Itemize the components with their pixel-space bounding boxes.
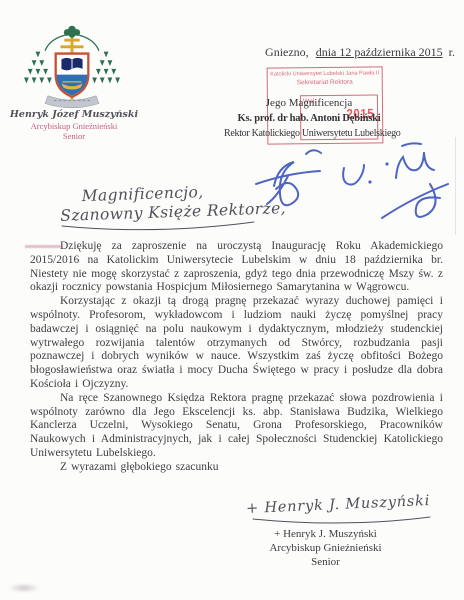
stamp-office: Sekretariat Rektora [268, 78, 382, 86]
closing-line: Z wyrazami głębokiego szacunku [30, 461, 443, 475]
letter-body: Dziękuję za zaproszenie na uroczystą Ina… [30, 240, 443, 475]
galero-icon [64, 26, 80, 38]
scanned-letter-page: Henryk Józef Muszyński Arcybiskup Gnieźn… [0, 0, 464, 600]
dateline-date: dnia 12 października 2015 [316, 45, 443, 59]
signature-flourish-icon [250, 514, 435, 526]
addressee-honorific: Jego Magnificencja [224, 97, 394, 109]
sender-block: Henryk Józef Muszyński Arcybiskup Gnieźn… [8, 109, 140, 141]
signature-block: + Henryk J. Muszyński Arcybiskup Gnieźni… [238, 527, 413, 569]
body-paragraph-1: Dziękuję za zaproszenie na uroczystą Ina… [30, 240, 443, 295]
signature-name: + Henryk J. Muszyński [238, 527, 413, 541]
signature-title: Arcybiskup Gnieźnieński [238, 541, 413, 555]
shield-icon [56, 54, 89, 97]
coat-of-arms-icon [24, 24, 120, 110]
dateline-suffix: r. [449, 45, 455, 59]
stamp-university: Katolicki Uniwersytet Lubelski Jana Pawł… [268, 70, 382, 77]
dateline-place: Gniezno, [265, 45, 309, 59]
salutation-flourish-icon [56, 219, 261, 233]
scan-artifact-smudge [8, 583, 40, 593]
sender-name: Henryk Józef Muszyński [8, 109, 140, 121]
signature-rank: Senior [238, 555, 413, 569]
body-paragraph-3: Na ręce Szanownego Księdza Rektora pragn… [30, 392, 443, 461]
dateline: Gniezno, dnia 12 października 2015 r. [265, 45, 455, 60]
scan-artifact-pink-line [25, 245, 63, 248]
addressee-block: Jego Magnificencja Ks. prof. dr hab. Ant… [224, 97, 394, 139]
sender-rank: Senior [8, 131, 140, 141]
body-paragraph-2: Korzystając z okazji tą drogą pragnę prz… [30, 295, 443, 392]
addressee-name: Ks. prof. dr hab. Antoni Dębiński [224, 113, 394, 124]
sender-title: Arcybiskup Gnieźnieński [8, 121, 140, 131]
